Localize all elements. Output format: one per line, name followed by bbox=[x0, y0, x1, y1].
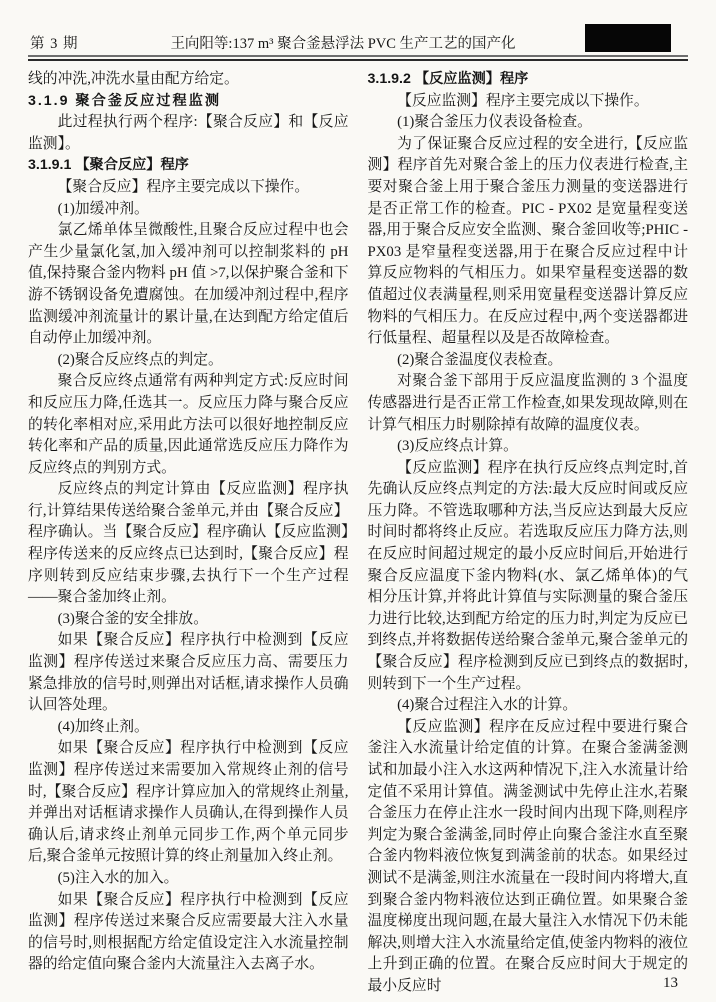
paragraph: (2)聚合釜温度仪表检查。 bbox=[368, 350, 689, 372]
paragraph: 为了保证聚合反应过程的安全进行,【反应监测】程序首先对聚合釜上的压力仪表进行检查… bbox=[368, 134, 689, 350]
paragraph: 氯乙烯单体呈微酸性,且聚合反应过程中也会产生少量氯化氢,加入缓冲剂可以控制浆料的… bbox=[28, 220, 349, 350]
paragraph: 对聚合釜下部用于反应温度监测的 3 个温度传感器进行是否正常工作检查,如果发现故… bbox=[368, 371, 689, 436]
paragraph: 聚合反应终点通常有两种判定方式:反应时间和反应压力降,任选其一。反应压力降与聚合… bbox=[28, 371, 349, 479]
paragraph: (1)加缓冲剂。 bbox=[28, 199, 349, 221]
right-column: 3.1.9.2 【反应监测】程序【反应监测】程序主要完成以下操作。(1)聚合釜压… bbox=[368, 69, 689, 998]
paragraph: 如果【聚合反应】程序执行中检测到【反应监测】程序传送过来聚合反应需要最大注入水量… bbox=[28, 890, 349, 976]
paragraph: (4)加终止剂。 bbox=[28, 717, 349, 739]
paragraph: 【反应监测】程序主要完成以下操作。 bbox=[368, 91, 689, 113]
paragraph: 【反应监测】程序在执行反应终点判定时,首先确认反应终点判定的方法:最大反应时间或… bbox=[368, 458, 689, 696]
paragraph: (4)聚合过程注入水的计算。 bbox=[368, 695, 689, 717]
issue-label: 第 3 期 bbox=[30, 32, 79, 53]
paragraph: 此过程执行两个程序:【聚合反应】和【反应监测】。 bbox=[28, 112, 349, 155]
page-header: 第 3 期 王向阳等:137 m³ 聚合釜悬浮法 PVC 生产工艺的国产化 bbox=[28, 24, 688, 54]
article-body: 线的冲洗,冲洗水量由配方给定。3.1.9 聚合釜反应过程监测此过程执行两个程序:… bbox=[28, 69, 688, 998]
paragraph: 反应终点的判定计算由【反应监测】程序执行,计算结果传送给聚合釜单元,并由【聚合反… bbox=[28, 479, 349, 609]
paragraph: (3)反应终点计算。 bbox=[368, 436, 689, 458]
paragraph: (1)聚合釜压力仪表设备检查。 bbox=[368, 112, 689, 134]
left-column: 线的冲洗,冲洗水量由配方给定。3.1.9 聚合釜反应过程监测此过程执行两个程序:… bbox=[28, 69, 349, 998]
running-title: 王向阳等:137 m³ 聚合釜悬浮法 PVC 生产工艺的国产化 bbox=[118, 32, 568, 53]
paragraph: (2)聚合反应终点的判定。 bbox=[28, 350, 349, 372]
paragraph: 如果【聚合反应】程序执行中检测到【反应监测】程序传送过来聚合反应压力高、需要压力… bbox=[28, 630, 349, 716]
page-number: 13 bbox=[663, 975, 678, 992]
section-heading: 3.1.9 聚合釜反应过程监测 bbox=[28, 91, 349, 113]
paragraph: 如果【聚合反应】程序执行中检测到【反应监测】程序传送过来需要加入常规终止剂的信号… bbox=[28, 738, 349, 868]
paragraph: 线的冲洗,冲洗水量由配方给定。 bbox=[28, 69, 349, 91]
paragraph: 【聚合反应】程序主要完成以下操作。 bbox=[28, 177, 349, 199]
paragraph: 【反应监测】程序在反应过程中要进行聚合釜注入水流量计给定值的计算。在聚合釜满釜测… bbox=[368, 717, 689, 998]
paragraph: (3)聚合釜的安全排放。 bbox=[28, 609, 349, 631]
section-heading: 3.1.9.2 【反应监测】程序 bbox=[368, 69, 689, 91]
redaction-box bbox=[585, 24, 671, 52]
header-rule bbox=[28, 55, 688, 61]
section-heading: 3.1.9.1 【聚合反应】程序 bbox=[28, 155, 349, 177]
journal-page: 第 3 期 王向阳等:137 m³ 聚合釜悬浮法 PVC 生产工艺的国产化 线的… bbox=[0, 0, 716, 1002]
paragraph: (5)注入水的加入。 bbox=[28, 868, 349, 890]
